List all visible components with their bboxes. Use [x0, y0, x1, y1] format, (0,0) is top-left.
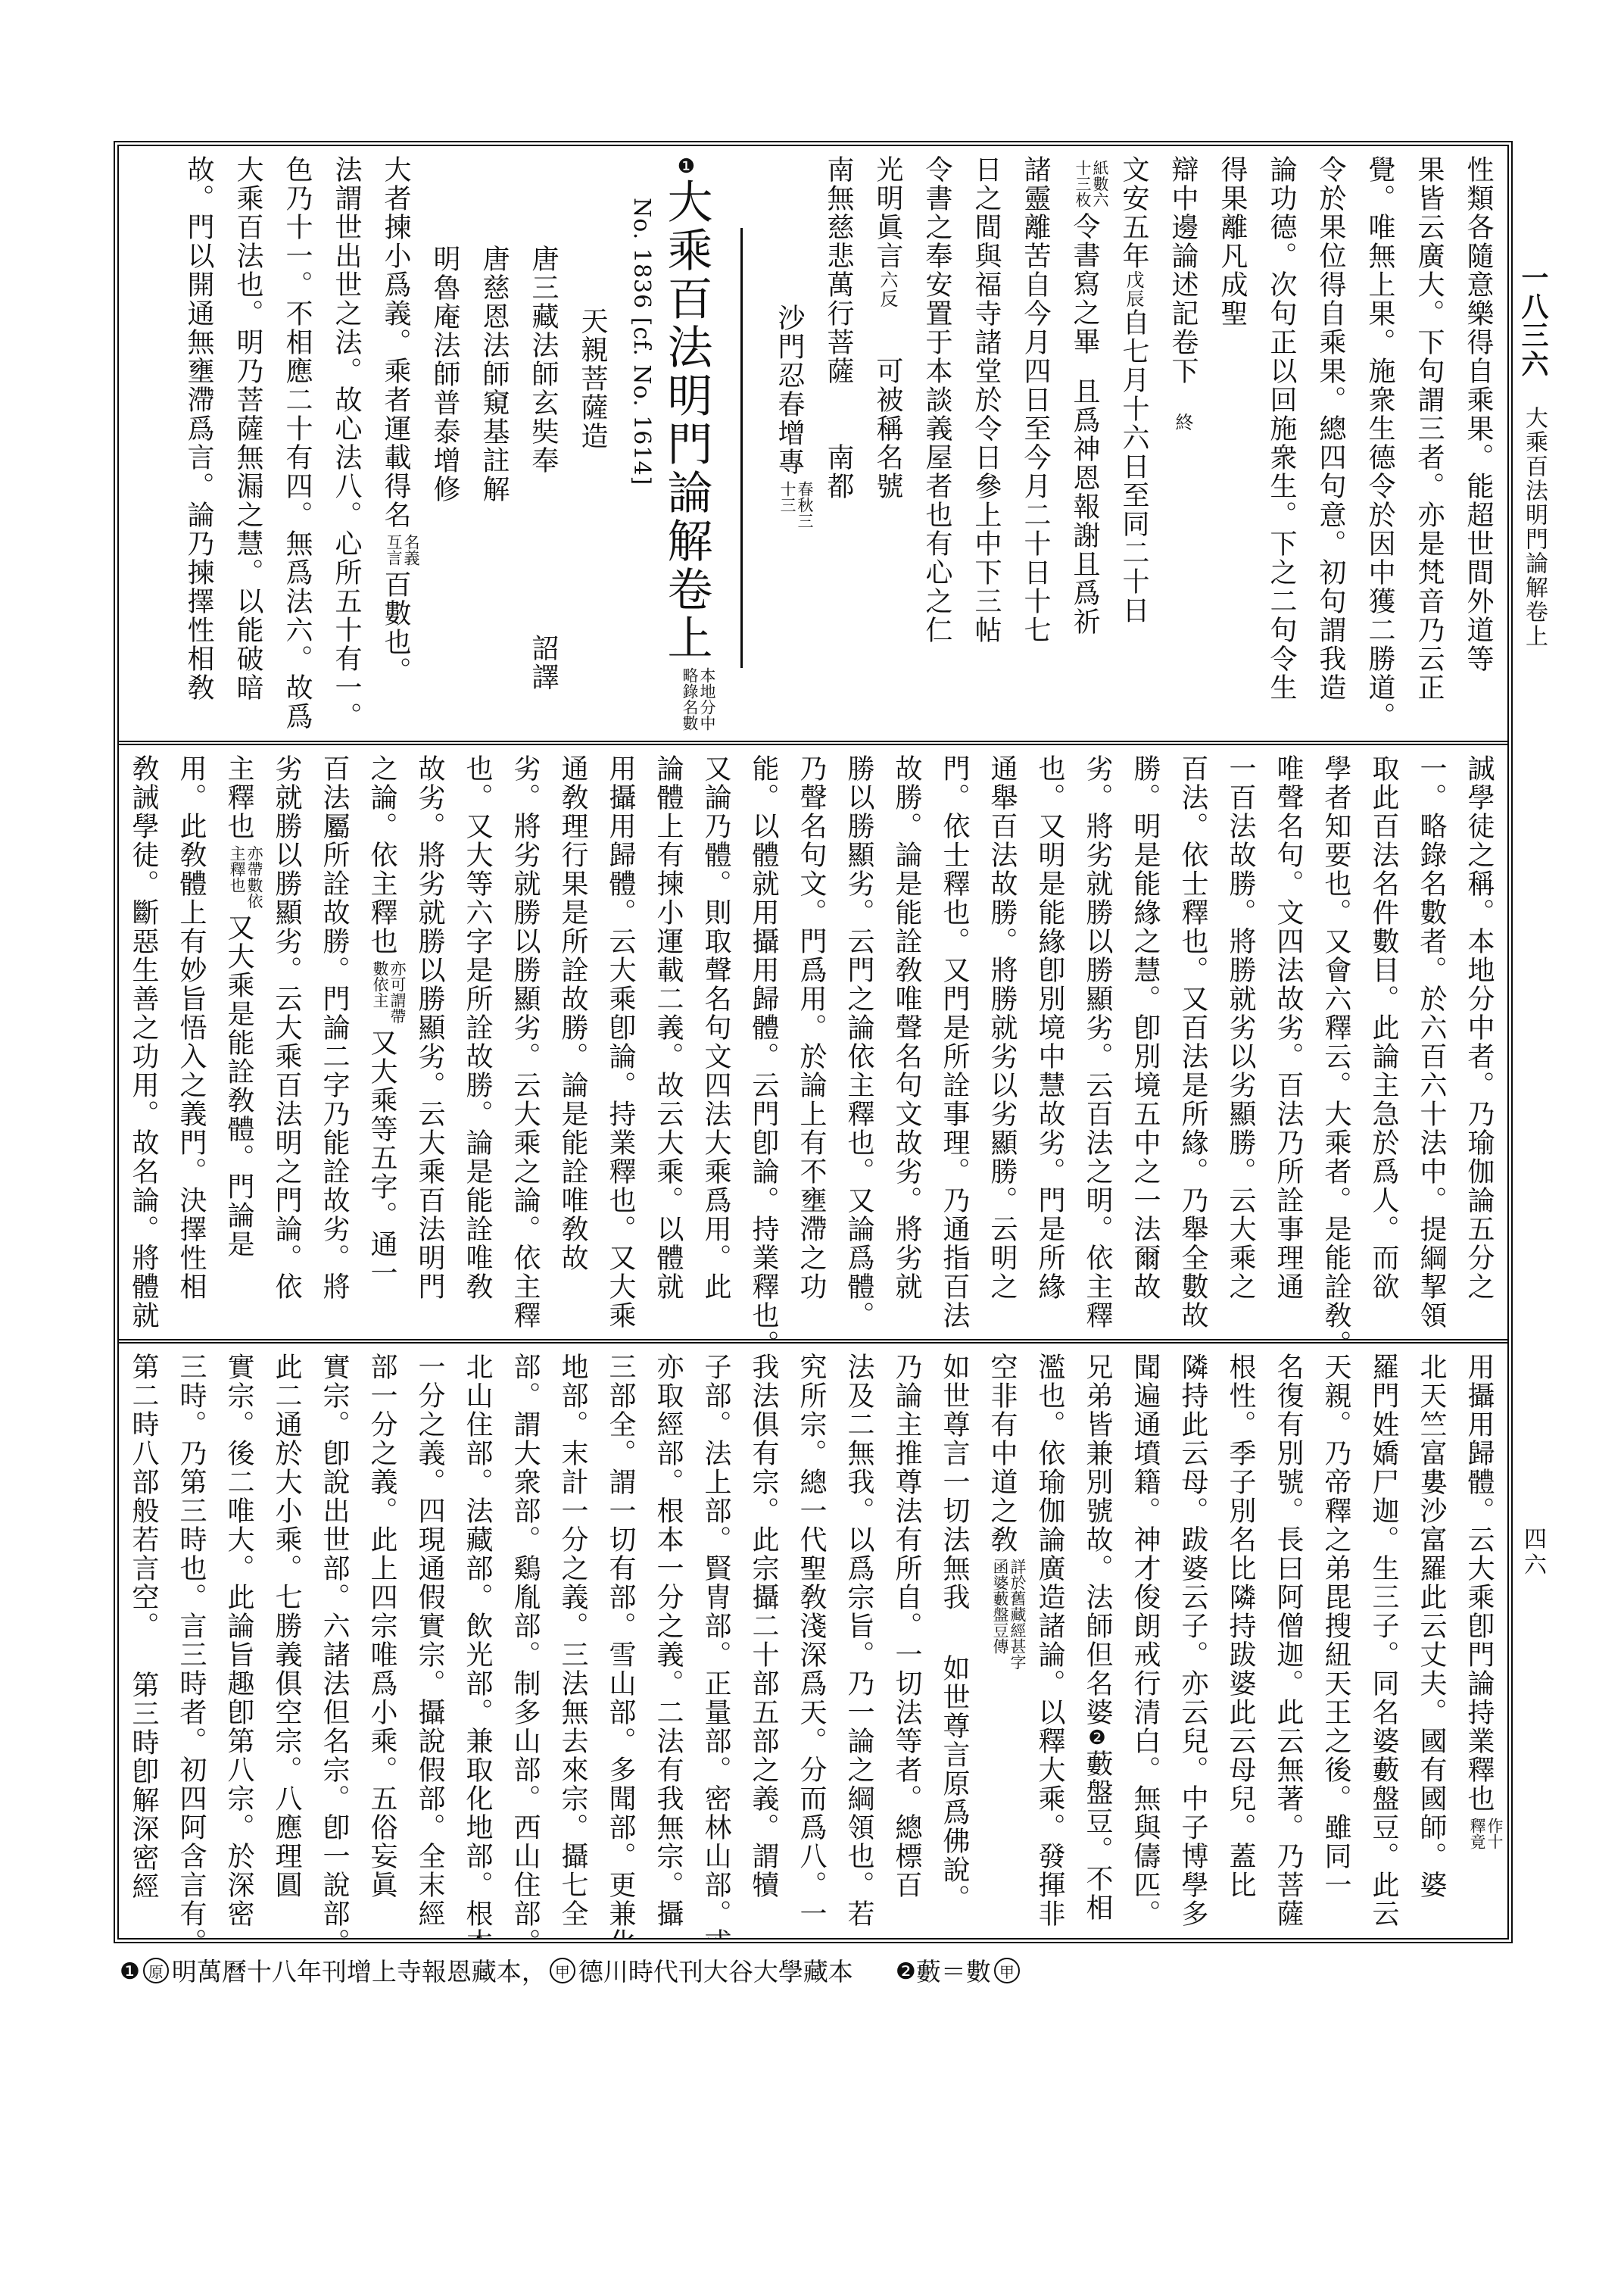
spacer	[1182, 385, 1183, 413]
text-column: 用攝用歸體。云大乘卽門論持業釋也作十釋竟	[1455, 1353, 1503, 1929]
small-inline-text: 戊辰	[1123, 270, 1144, 308]
page-border-box: 性類各隨意樂得自乘果。能超世間外道等果皆云廣大。下句謂三者。亦是梵音乃云正覺。唯…	[114, 141, 1513, 1943]
spacer	[953, 1612, 955, 1654]
text-column: 通舉百法故勝。將勝就劣以劣顯勝。云明之	[978, 754, 1026, 1331]
edition-siglum: 甲	[994, 1958, 1020, 1983]
text-column: 辯中邊論述記卷下終	[1158, 155, 1208, 732]
text-column: 北天竺富婁沙富羅此云丈夫。國有國師。婆	[1407, 1353, 1455, 1929]
text-column: 主釋也亦帶數依主釋也又大乘是能詮敎體。門論是	[215, 754, 263, 1331]
commentator-column: 唐慈恩法師窺基註解	[469, 155, 519, 732]
vertical-divider	[740, 228, 743, 668]
text-column: 也。又大等六字是所詮故勝。論是能詮唯敎	[454, 754, 501, 1331]
text-column: 通敎理行果是所詮故勝。論是能詮唯敎故	[549, 754, 597, 1331]
spacer	[853, 1979, 896, 1980]
text-column: 百法。依士釋也。又百法是所緣。乃舉全數故	[1169, 754, 1217, 1331]
text-column: 果皆云廣大。下句謂三者。亦是梵音乃云正	[1404, 155, 1454, 732]
text-column: 天親。乃帝釋之弟毘搜紐天王之後。雖同一	[1312, 1353, 1360, 1929]
text-column: 光明眞言六反可被稱名號	[863, 155, 912, 732]
text-band-lower: 用攝用歸體。云大乘卽門論持業釋也作十釋竟北天竺富婁沙富羅此云丈夫。國有國師。婆羅…	[119, 1339, 1507, 1938]
text-column: 羅門姓嬌尸迦。生三子。同名婆藪盤豆。此云	[1360, 1353, 1407, 1929]
text-column: 劣就勝以勝顯劣。云大乘百法明之門論。依	[263, 754, 310, 1331]
text-column: 第二時八部般若言空。第三時卽解深密經	[120, 1353, 167, 1929]
text-column: 一分之義。四現通假實宗。攝說假部。全末經	[406, 1353, 454, 1929]
text-column: 性類各隨意樂得自乘果。能超世間外道等	[1454, 155, 1503, 732]
text-column: 一百法故勝。將勝就劣以劣顯勝。云大乘之	[1217, 754, 1264, 1331]
text-column: 劣。將劣就勝以勝顯劣。云百法之明。依主釋	[1074, 754, 1121, 1331]
text-column: 敎誡學徒。斷惡生善之功用。故名論。將體就	[120, 754, 167, 1331]
interlinear-note: 名義互言	[385, 534, 419, 566]
text-column: 學者知要也。又會六釋云。大乘者。是能詮敎。	[1312, 754, 1360, 1331]
text-column: 南無慈悲萬行菩薩南都	[814, 155, 863, 732]
text-column: 故。門以開通無壅滯爲言。論乃揀擇性相敎	[174, 155, 223, 732]
section-divider-column	[715, 155, 765, 732]
footnote-marker: ❶	[675, 155, 697, 178]
spacer	[1083, 356, 1085, 377]
text-column: 根性。季子別名比隣持跋婆此云母兒。蓋比	[1217, 1353, 1264, 1929]
spacer	[542, 475, 544, 634]
interlinear-note: 作十釋竟	[1468, 1818, 1503, 1849]
text-column: 勝。明是能緣之慧。卽別境五中之一法爾故	[1121, 754, 1169, 1331]
text-column: 文安五年戊辰自七月十六日至同二十日	[1109, 155, 1158, 732]
interlinear-note: 紙數六十三枚	[1074, 160, 1108, 208]
text-column: 大者揀小爲義。乘者運載得名名義互言百數也。	[371, 155, 420, 732]
text-column: 三時。乃第三時也。言三時者。初四阿含言有。	[167, 1353, 215, 1929]
text-column: 劣。將劣就勝以勝顯劣。云大乘之論。依主釋	[501, 754, 549, 1331]
text-column: 北山住部。法藏部。飲光部。兼取化地部。根本	[454, 1353, 501, 1929]
text-column: 百法屬所詮故勝。門論二字乃能詮故劣。將	[310, 754, 358, 1331]
footnote-marker: ❷	[896, 1958, 916, 1985]
text-column: 論體上有揀小運載二義。故云大乘。以體就	[644, 754, 692, 1331]
interlinear-note: 本地分中略錄名數	[681, 667, 715, 731]
sutra-title: ❶大乘百法明門論解卷上本地分中略錄名數	[666, 155, 715, 732]
text-column: 用。此敎體上有妙旨悟入之義門。決擇性相	[167, 754, 215, 1331]
text-column: 論功德。次句正以回施衆生。下之二句令生	[1257, 155, 1306, 732]
edition-siglum: 甲	[550, 1958, 575, 1983]
text-column: 名復有別號。長曰阿僧迦。此云無著。乃菩薩	[1264, 1353, 1312, 1929]
text-column: 子部。法上部。賢冑部。正量部。密林山部。或	[692, 1353, 740, 1929]
text-column: 日之間與福寺諸堂於令日參上中下三帖	[962, 155, 1011, 732]
text-column: 法謂世出世之法。故心法八。心所五十有一。	[322, 155, 371, 732]
text-column: 究所宗。總一代聖敎淺深爲天。分而爲八。一	[787, 1353, 835, 1929]
edition-siglum: 原	[143, 1958, 169, 1983]
footnote-marker: ❷	[1086, 1727, 1108, 1749]
text-column: 隣持此云母。跋婆云子。亦云兒。中子博學多	[1169, 1353, 1217, 1929]
interlinear-note: 詳於舊藏經甚字函婆藪盤豆傳	[991, 1559, 1026, 1670]
text-column: 覺。唯無上果。施衆生德令於因中獲二勝道。	[1355, 155, 1404, 732]
scanned-canon-page: { "margin": { "number": "一八三六", "title":…	[0, 0, 1624, 2272]
text-column: 令於果位得自乘果。總四句意。初句謂我造	[1306, 155, 1355, 732]
text-column: 唯聲名句。文四法故劣。百法乃所詮事理通	[1264, 754, 1312, 1331]
text-column: 如世尊言一切法無我如世尊言原爲佛說。	[930, 1353, 978, 1929]
interlinear-note: 亦帶數依主釋也	[228, 845, 263, 909]
text-column: 諸靈離苦自今月四日至今月二十日十七	[1011, 155, 1060, 732]
text-column: 實宗。後二唯大。此論旨趣卽第八宗。於深密	[215, 1353, 263, 1929]
text-column: 一。略錄名數者。於六百六十法中。提綱挈領	[1407, 754, 1455, 1331]
text-column: 紙數六十三枚令書寫之畢且爲神恩報謝且爲祈	[1060, 155, 1109, 732]
text-column: 勝以勝顯劣。云門之論依主釋也。又論爲體。	[835, 754, 883, 1331]
footnote-marker: ❶	[120, 1958, 140, 1985]
author-column: 天親菩薩造	[568, 155, 617, 732]
text-column: 實宗。卽說出世部。六諸法但名宗。卽一說部。	[310, 1353, 358, 1929]
apparatus-footnote-line: ❶原明萬曆十八年刊增上寺報恩藏本，甲德川時代刊大谷大學藏本❷藪＝數甲	[120, 1955, 1513, 1993]
spacer	[142, 1640, 144, 1671]
reviser-column: 明魯庵法師普泰增修	[420, 155, 469, 732]
text-column: 部一分之義。此上四宗唯爲小乘。五俗妄眞	[358, 1353, 406, 1929]
text-column: 兄弟皆兼別號故。法師但名婆❷藪盤豆。不相	[1074, 1353, 1121, 1929]
text-column: 又論乃體。則取聲名句文四法大乘爲用。此	[692, 754, 740, 1331]
spacer	[887, 308, 888, 357]
text-column: 得果離凡成聖	[1208, 155, 1257, 732]
text-column: 地部。末計一分之義。三法無去來宗。攝七全	[549, 1353, 597, 1929]
text-column: 法及二無我。以爲宗旨。乃一論之綱領也。若	[835, 1353, 883, 1929]
small-inline-text: 六反	[877, 270, 898, 308]
folio-page-number: 四六	[1516, 1527, 1549, 1578]
taisho-sutra-number: 一八三六	[1514, 264, 1553, 379]
text-column: 也。又明是能緣卽別境中慧故劣。門是所緣	[1026, 754, 1074, 1331]
margin-running-title: 大乘百法明門論解卷上	[1517, 406, 1551, 648]
text-column: 誠學徒之稱。本地分中者。乃瑜伽論五分之	[1455, 754, 1503, 1331]
text-column: 乃聲名句文。門爲用。於論上有不壅滯之功	[787, 754, 835, 1331]
text-column: 此二通於大小乘。七勝義俱空宗。八應理圓	[263, 1353, 310, 1929]
text-column: 聞遍通墳籍。神才俊朗戒行清白。無與儔匹。	[1121, 1353, 1169, 1929]
text-column: 濫也。依瑜伽論廣造諸論。以釋大乘。發揮非	[1026, 1353, 1074, 1929]
text-column: 令書之奉安置于本談義屋者也有心之仁	[912, 155, 962, 732]
text-column: 門。依士釋也。又門是所詮事理。乃通指百法	[930, 754, 978, 1331]
text-column: 沙門忍春增專春秋三十三	[765, 155, 814, 732]
text-column: 亦取經部。根本一分之義。二法有我無宗。攝	[644, 1353, 692, 1929]
text-column: 空非有中道之敎詳於舊藏經甚字函婆藪盤豆傳	[978, 1353, 1026, 1929]
text-band-upper: 性類各隨意樂得自乘果。能超世間外道等果皆云廣大。下句謂三者。亦是梵音乃云正覺。唯…	[119, 146, 1507, 741]
catalog-number-column: No. 1836 [cf. No. 1614]	[617, 155, 666, 732]
text-column: 故勝。論是能詮敎唯聲名句文故劣。將劣就	[883, 754, 930, 1331]
text-column: 我法俱有宗。此宗攝二十部五部之義。謂犢	[740, 1353, 787, 1929]
interlinear-note: 春秋三十三	[778, 481, 813, 529]
spacer	[837, 385, 839, 443]
text-column: 用攝用歸體。云大乘卽論。持業釋也。又大乘	[597, 754, 644, 1331]
text-column: 部。謂大衆部。鷄胤部。制多山部。西山住部。	[501, 1353, 549, 1929]
small-inline-text: 終	[1172, 413, 1193, 432]
catalog-number: No. 1836 [cf. No. 1614]	[628, 198, 655, 485]
text-column: 故劣。將劣就勝以勝顯劣。云大乘百法明門	[406, 754, 454, 1331]
text-band-middle: 誠學徒之稱。本地分中者。乃瑜伽論五分之一。略錄名數者。於六百六十法中。提綱挈領取…	[119, 741, 1507, 1340]
text-column: 能。以體就用攝用歸體。云門卽論。持業釋也。	[740, 754, 787, 1331]
text-column: 取此百法名件數目。此論主急於爲人。而欲	[1360, 754, 1407, 1331]
text-column: 之論。依主釋也亦可謂帶數依主又大乘等五字。通一	[358, 754, 406, 1331]
text-column: 色乃十一。不相應二十有四。無爲法六。故爲	[273, 155, 322, 732]
text-column: 三部全。謂一切有部。雪山部。多聞部。更兼化	[597, 1353, 644, 1929]
text-column: 大乘百法也。明乃菩薩無漏之慧。以能破暗	[223, 155, 273, 732]
interlinear-note: 亦可謂帶數依主	[371, 960, 406, 1024]
text-column: 乃論主推尊法有所自。一切法等者。總標百	[883, 1353, 930, 1929]
translator-column: 唐三藏法師玄奘奉詔譯	[519, 155, 568, 732]
